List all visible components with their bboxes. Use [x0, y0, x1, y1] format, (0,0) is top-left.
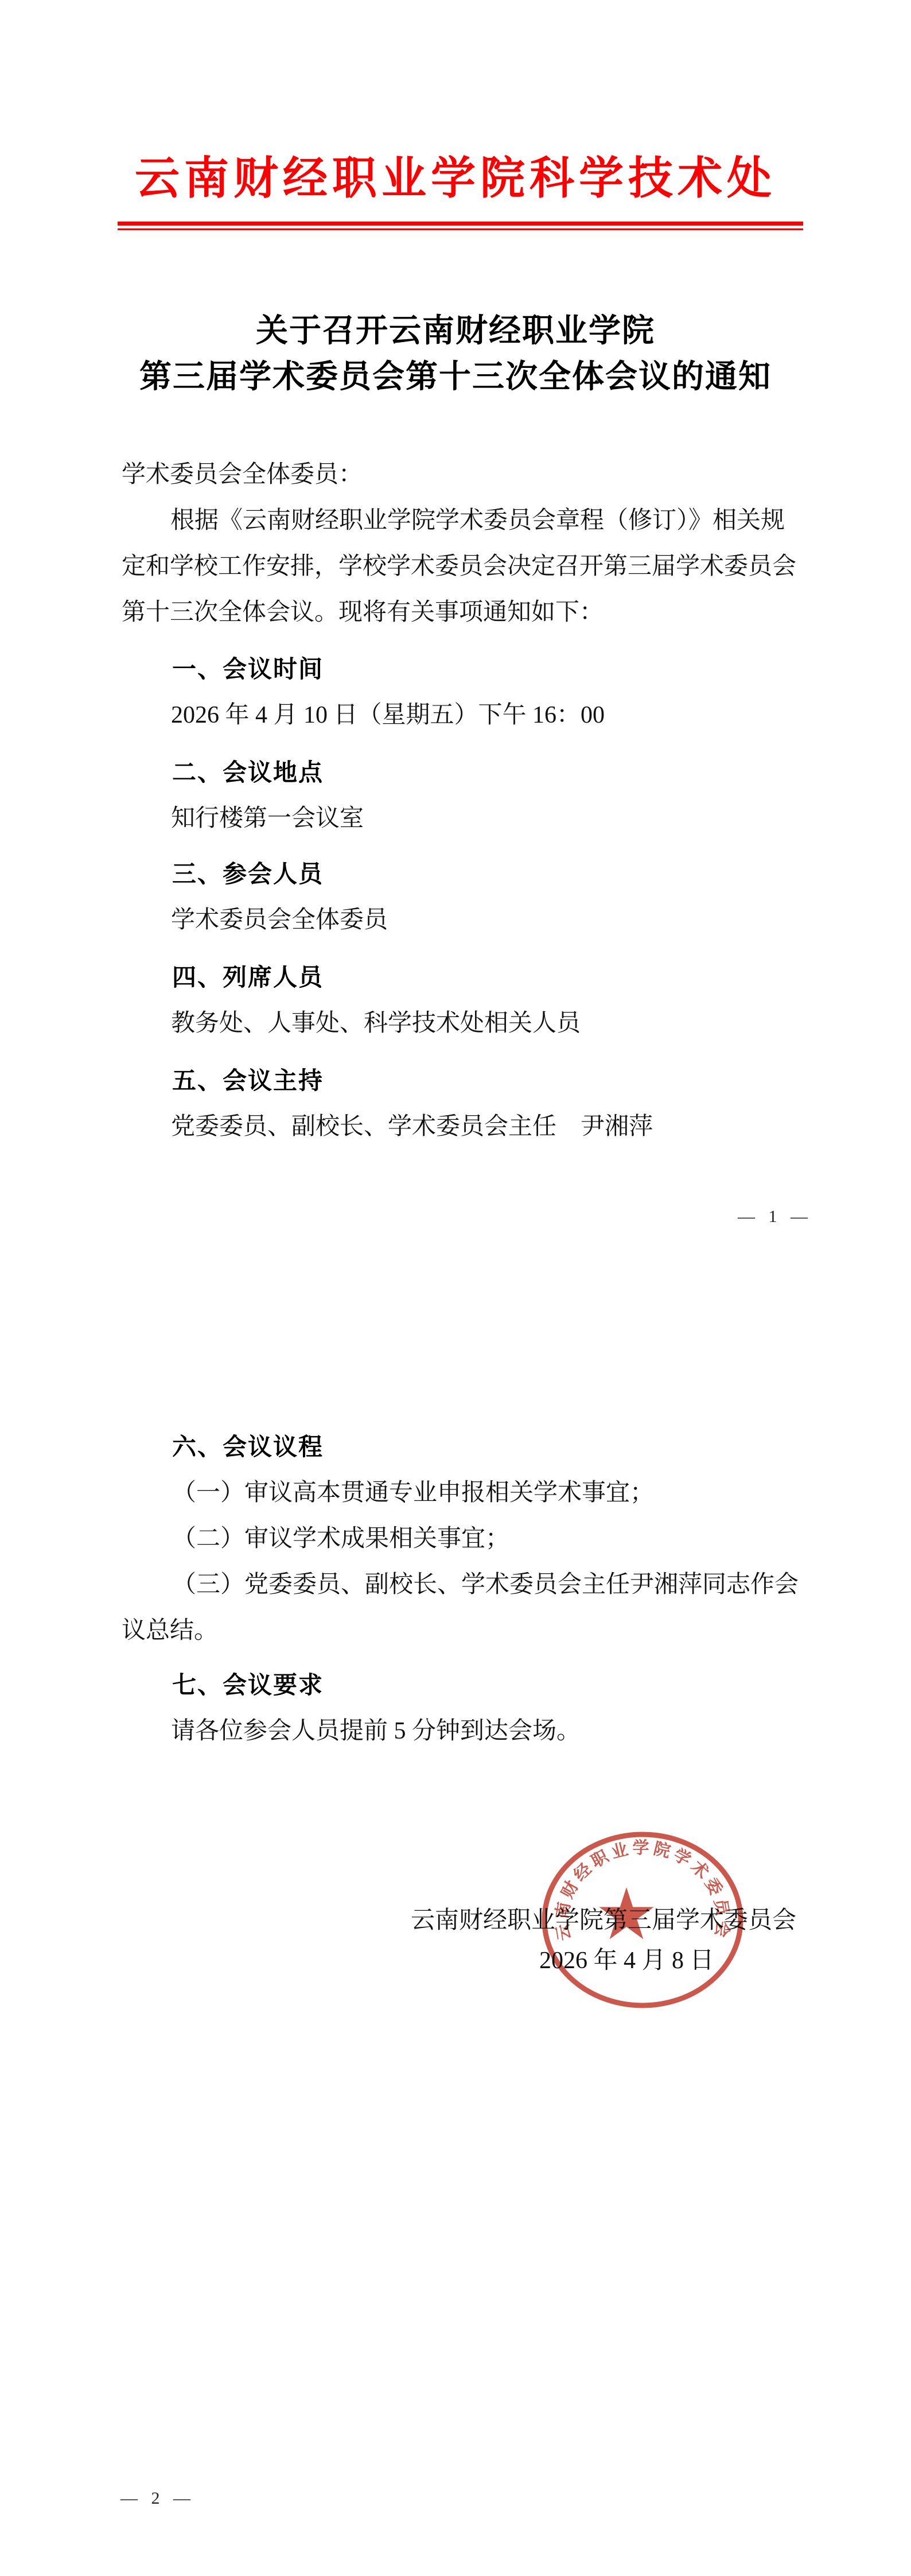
section7-heading: 七、会议要求	[172, 1673, 324, 1697]
section1-heading: 一、会议时间	[172, 657, 324, 681]
agenda-item3-cont: 议总结。	[122, 1619, 218, 1643]
section7-body: 请各位参会人员提前 5 分钟到达会场。	[171, 1719, 581, 1743]
agenda-item2: （二）审议学术成果相关事宜；	[172, 1527, 509, 1551]
section4-body: 教务处、人事处、科学技术处相关人员	[171, 1011, 581, 1035]
agenda-item3: （三）党委委员、副校长、学术委员会主任尹湘萍同志作会	[172, 1573, 799, 1597]
section6-heading: 六、会议议程	[172, 1435, 324, 1459]
doc-title-line1: 关于召开云南财经职业学院	[0, 315, 911, 347]
paragraph-line2: 定和学校工作安排，学校学术委员会决定召开第三届学术委员会	[122, 554, 796, 579]
agenda-item1: （一）审议高本贯通专业申报相关学术事宜；	[172, 1481, 654, 1505]
signer-name: 云南财经职业学院第三届学术委员会	[411, 1908, 796, 1933]
letterhead-org-name: 云南财经职业学院科学技术处	[0, 156, 911, 201]
section3-body: 学术委员会全体委员	[171, 908, 388, 932]
page2-number: — 2 —	[120, 2490, 190, 2507]
paragraph-line1: 根据《云南财经职业学院学术委员会章程（修订）》相关规	[170, 509, 785, 533]
salutation: 学术委员会全体委员：	[122, 463, 363, 487]
section3-heading: 三、参会人员	[172, 862, 324, 886]
section2-heading: 二、会议地点	[172, 761, 324, 785]
section5-body: 党委委员、副校长、学术委员会主任 尹湘萍	[171, 1115, 653, 1139]
paragraph-line3: 第十三次全体会议。现将有关事项通知如下：	[122, 600, 604, 624]
section5-heading: 五、会议主持	[172, 1069, 324, 1093]
letterhead-rule-thick	[118, 222, 803, 226]
letterhead-rule-thin	[118, 228, 803, 230]
section2-body: 知行楼第一会议室	[171, 806, 364, 831]
page1-number: — 1 —	[738, 1208, 808, 1225]
section4-heading: 四、列席人员	[172, 965, 324, 990]
doc-title-line2: 第三届学术委员会第十三次全体会议的通知	[0, 361, 911, 393]
sign-date: 2026 年 4 月 8 日	[539, 1949, 714, 1973]
section1-body: 2026 年 4 月 10 日（星期五）下午 16：00	[171, 703, 605, 727]
document-canvas: 云南财经职业学院科学技术处 关于召开云南财经职业学院 第三届学术委员会第十三次全…	[0, 0, 911, 2576]
